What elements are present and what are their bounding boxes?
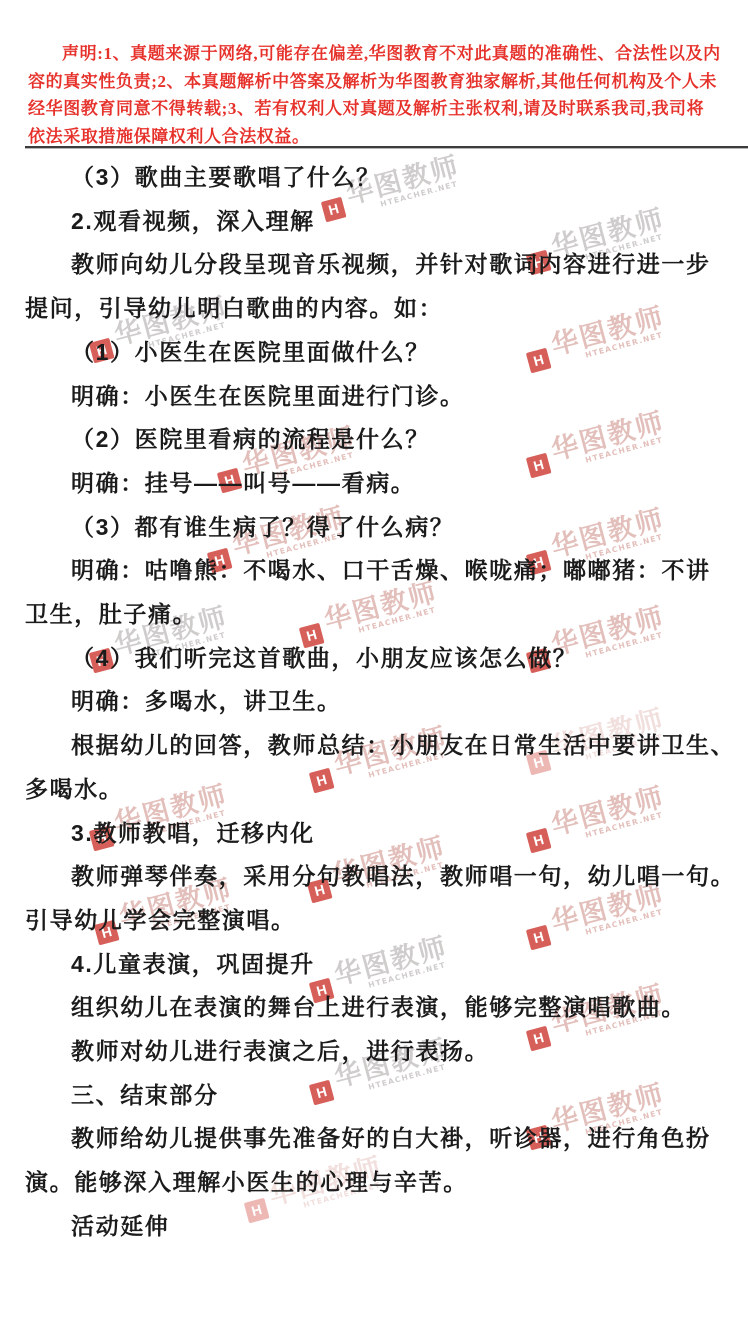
body-line: 明确：小医生在医院里面进行门诊。 [25, 375, 730, 419]
document-body: （3）歌曲主要歌唱了什么？2.观看视频，深入理解教师向幼儿分段呈现音乐视频，并针… [25, 156, 730, 1249]
body-line: 引导幼儿学会完整演唱。 [25, 899, 730, 943]
body-line: 教师对幼儿进行表演之后，进行表扬。 [25, 1030, 730, 1074]
body-line: 3.教师教唱，迁移内化 [25, 812, 730, 856]
body-line: 4.儿童表演，巩固提升 [25, 943, 730, 987]
body-line: 明确：咕噜熊：不喝水、口干舌燥、喉咙痛；嘟嘟猪：不讲 [25, 549, 730, 593]
disclaimer-label: 声明: [62, 44, 103, 63]
body-line: 教师弹琴伴奏，采用分句教唱法，教师唱一句，幼儿唱一句。 [25, 855, 730, 899]
body-line: （3）都有谁生病了？得了什么病？ [25, 506, 730, 550]
body-line: 2.观看视频，深入理解 [25, 200, 730, 244]
disclaimer: 声明:1、真题来源于网络,可能存在偏差,华图教育不对此真题的准确性、合法性以及内… [28, 40, 724, 150]
body-line: 提问，引导幼儿明白歌曲的内容。如： [25, 287, 730, 331]
divider-rule [25, 146, 748, 149]
body-line: （2）医院里看病的流程是什么？ [25, 418, 730, 462]
body-line: （3）歌曲主要歌唱了什么？ [25, 156, 730, 200]
document-page: H华图教师HTEACHER.NETH华图教师HTEACHER.NETH华图教师H… [0, 0, 748, 1335]
disclaimer-line: 容的真实性负责;2、本真题解析中答案及解析为华图教育独家解析,其他任何机构及个人… [28, 68, 724, 96]
disclaimer-line: 声明:1、真题来源于网络,可能存在偏差,华图教育不对此真题的准确性、合法性以及内 [28, 40, 724, 68]
body-line: （1）小医生在医院里面做什么？ [25, 331, 730, 375]
body-line: 演。能够深入理解小医生的心理与辛苦。 [25, 1161, 730, 1205]
section-heading: 活动延伸 [25, 1205, 730, 1249]
body-line: 教师给幼儿提供事先准备好的白大褂，听诊器，进行角色扮 [25, 1117, 730, 1161]
body-line: 明确：多喝水，讲卫生。 [25, 680, 730, 724]
disclaimer-line: 经华图教育同意不得转载;3、若有权利人对真题及解析主张权利,请及时联系我司,我司… [28, 95, 724, 123]
section-heading: 三、结束部分 [25, 1074, 730, 1118]
body-line: （4）我们听完这首歌曲，小朋友应该怎么做？ [25, 637, 730, 681]
body-line: 组织幼儿在表演的舞台上进行表演，能够完整演唱歌曲。 [25, 986, 730, 1030]
body-line: 明确：挂号——叫号——看病。 [25, 462, 730, 506]
body-line: 教师向幼儿分段呈现音乐视频，并针对歌词内容进行进一步 [25, 243, 730, 287]
body-line: 多喝水。 [25, 768, 730, 812]
body-line: 卫生，肚子痛。 [25, 593, 730, 637]
body-line: 根据幼儿的回答，教师总结：小朋友在日常生活中要讲卫生、 [25, 724, 730, 768]
